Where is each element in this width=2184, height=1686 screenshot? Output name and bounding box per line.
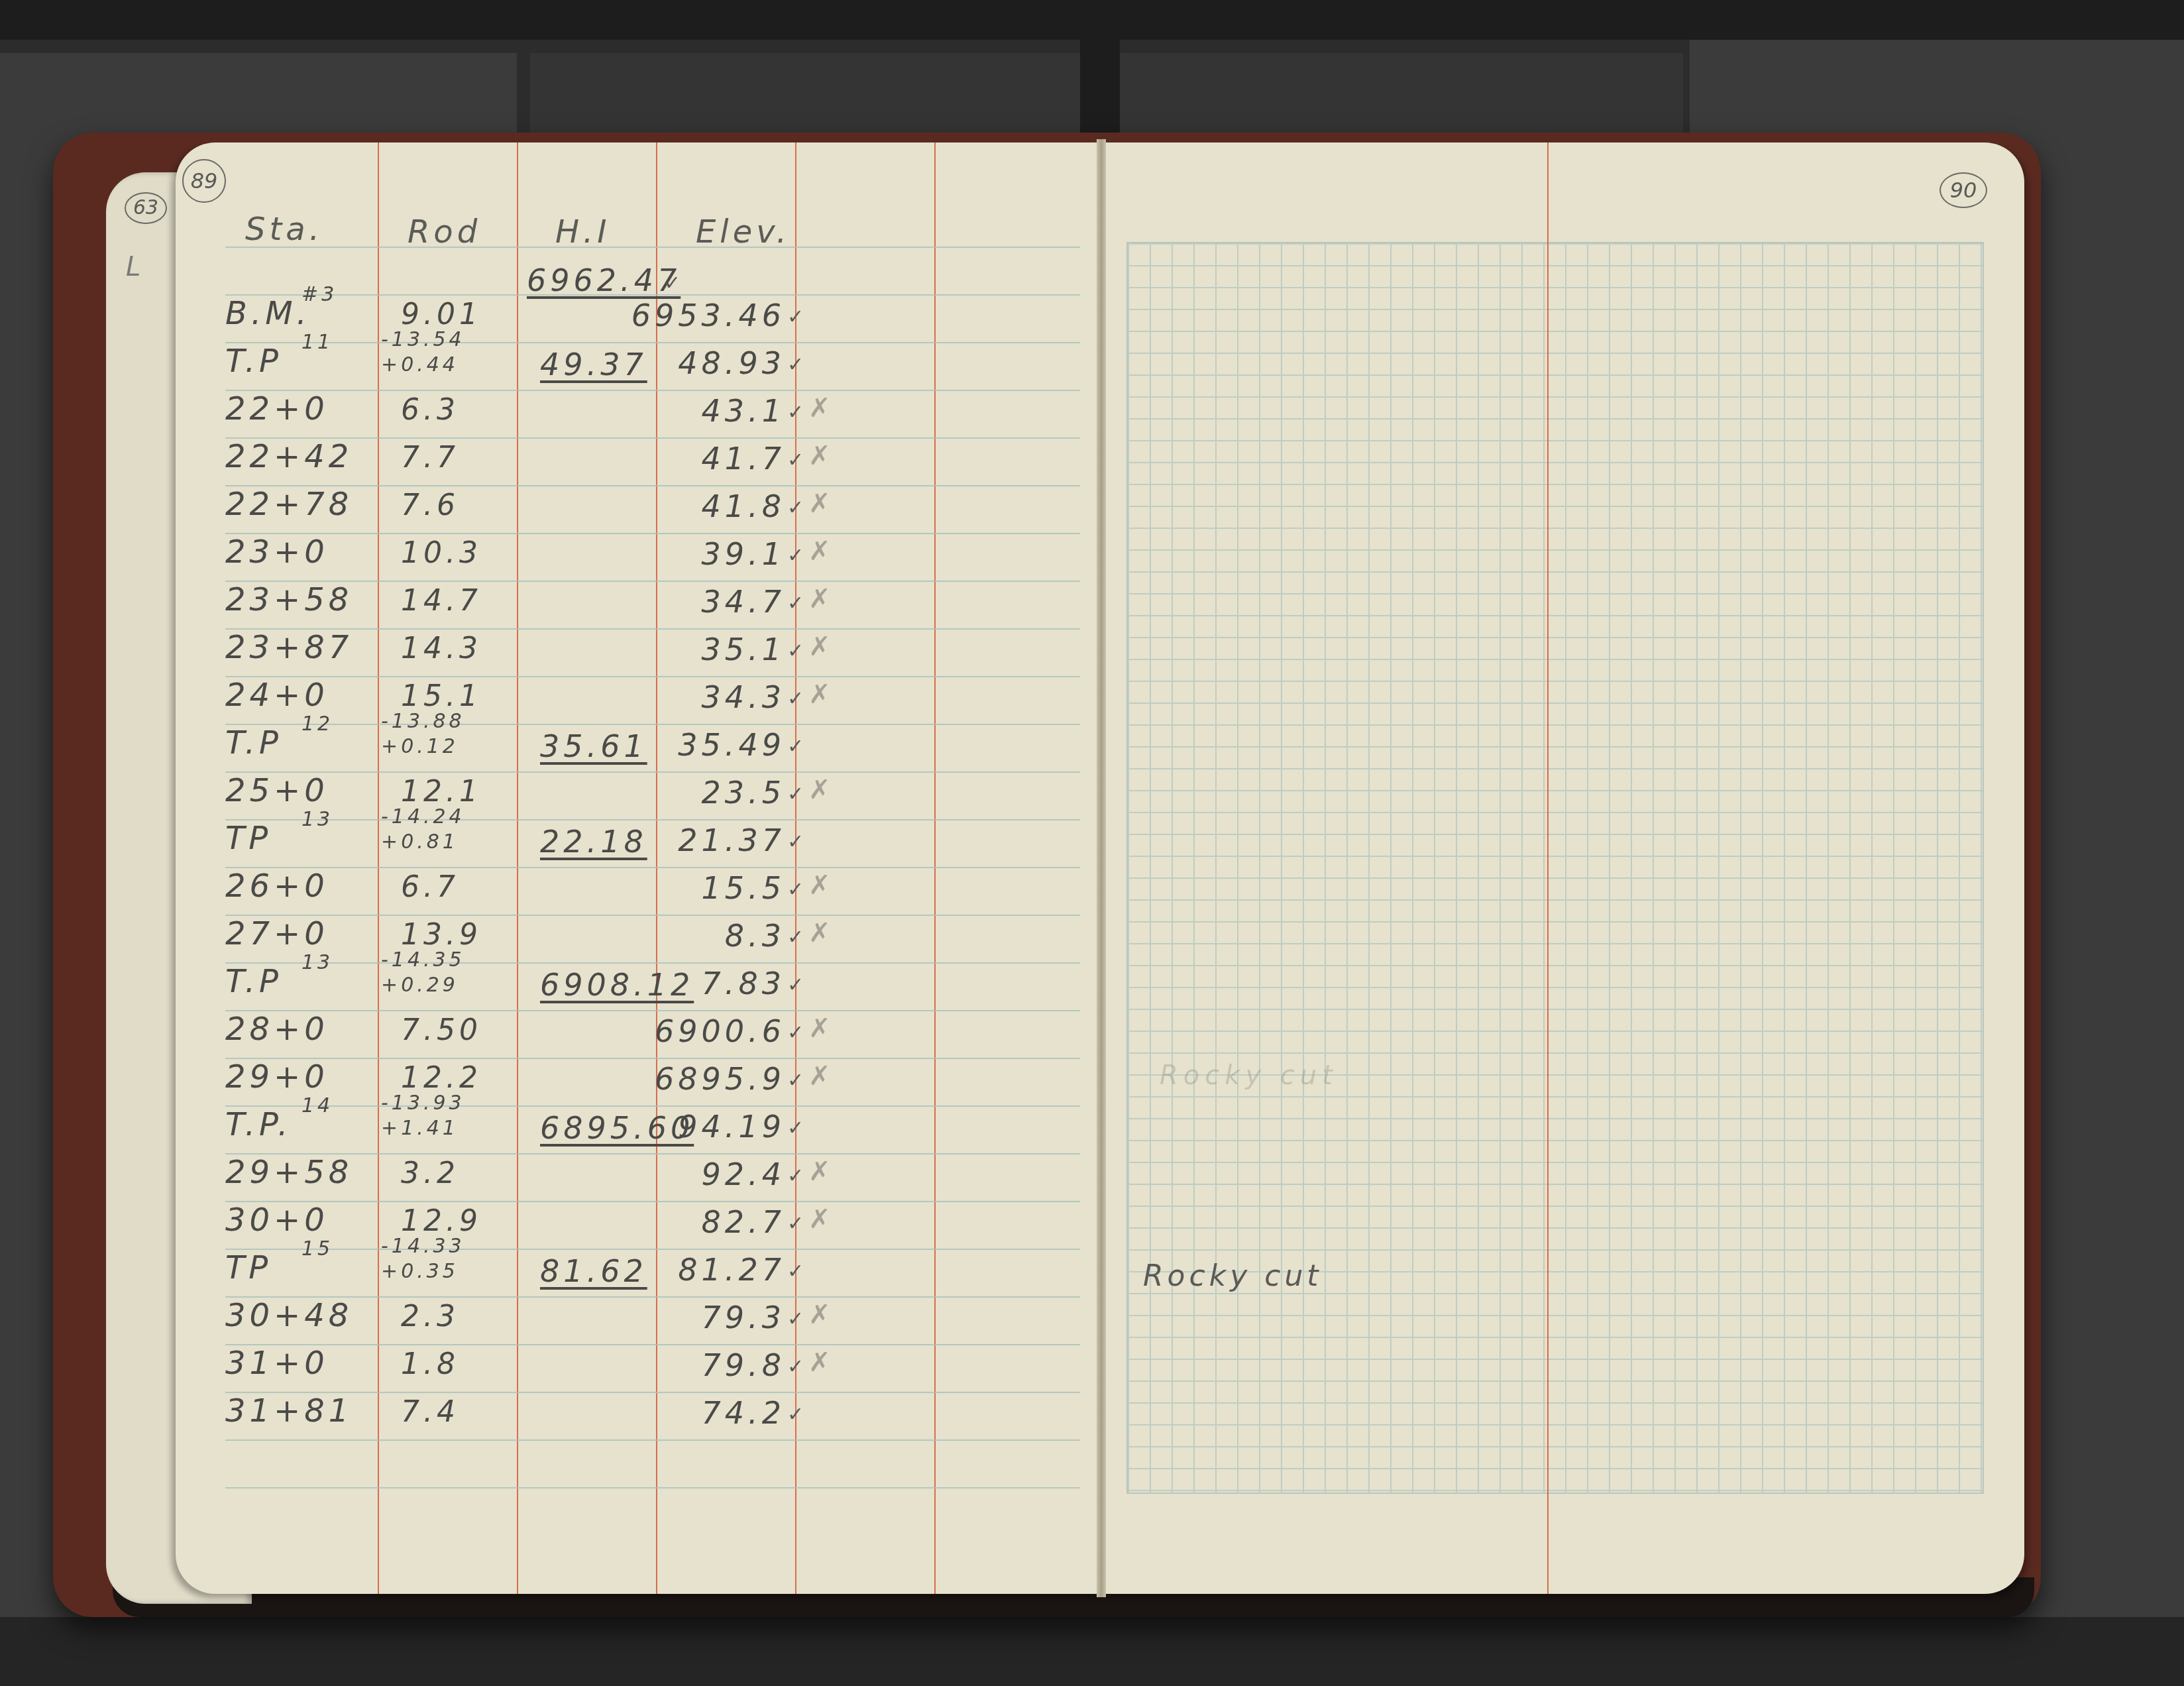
station-cell: 29+58 bbox=[225, 1154, 353, 1191]
check-mark: ✓ bbox=[787, 353, 808, 376]
foresight-reading: -13.88 bbox=[381, 710, 465, 733]
tick-x-mark: ✗ bbox=[808, 679, 835, 710]
rod-reading-cell: 10.3 bbox=[401, 536, 482, 570]
station-cell: 29+0 bbox=[225, 1058, 329, 1096]
height-of-instrument-cell: 49.37 bbox=[540, 347, 647, 382]
elevation-cell: 7.83 bbox=[702, 966, 785, 1001]
foresight-reading: -14.35 bbox=[381, 948, 465, 972]
ruled-line bbox=[225, 1105, 1080, 1107]
column-header-hi: H.I bbox=[555, 213, 611, 251]
ruled-line bbox=[225, 247, 1080, 248]
station-cell: 22+42 bbox=[225, 438, 353, 475]
station-cell: 22+78 bbox=[225, 486, 353, 523]
initial-height-of-instrument: 6962.47 bbox=[527, 262, 681, 298]
check-mark: ✓ bbox=[787, 735, 808, 758]
check-mark: ✓ bbox=[787, 1117, 808, 1140]
ruled-line bbox=[225, 867, 1080, 868]
elevation-cell: 74.2 bbox=[702, 1395, 785, 1431]
station-cell: T.P bbox=[225, 963, 282, 1000]
elevation-cell: 94.19 bbox=[678, 1109, 785, 1145]
elevation-cell: 6953.46 bbox=[631, 298, 785, 333]
ruled-line bbox=[225, 1296, 1080, 1298]
red-rule bbox=[378, 142, 379, 1594]
station-superscript: 15 bbox=[301, 1237, 333, 1261]
elevation-cell: 6895.9 bbox=[655, 1061, 785, 1097]
foresight-reading: -13.93 bbox=[381, 1092, 465, 1115]
elevation-cell: 79.8 bbox=[702, 1347, 785, 1383]
ruled-line bbox=[225, 1439, 1080, 1441]
foresight-reading: -14.33 bbox=[381, 1235, 465, 1258]
station-cell: 23+87 bbox=[225, 629, 353, 666]
page-number-90: 90 bbox=[1939, 172, 1987, 208]
column-header-sta: Sta. bbox=[245, 211, 323, 248]
backsight-reading: +0.44 bbox=[381, 353, 459, 376]
ruled-line bbox=[225, 819, 1080, 820]
backsight-reading: +0.29 bbox=[381, 974, 459, 997]
check-mark: ✓ bbox=[787, 449, 808, 472]
elevation-cell: 23.5 bbox=[702, 775, 785, 811]
station-cell: 22+0 bbox=[225, 390, 329, 427]
station-cell: 26+0 bbox=[225, 868, 329, 905]
elevation-cell: 81.27 bbox=[678, 1252, 785, 1288]
tick-x-mark: ✗ bbox=[808, 536, 835, 567]
station-superscript: 14 bbox=[301, 1094, 333, 1117]
station-superscript: 13 bbox=[301, 808, 333, 831]
station-cell: 31+81 bbox=[225, 1392, 353, 1430]
bleed-through-note: Rocky cut bbox=[1160, 1060, 1338, 1091]
red-rule bbox=[517, 142, 518, 1594]
station-cell: TP bbox=[225, 820, 272, 857]
ruled-line bbox=[225, 342, 1080, 343]
rocky-cut-note: Rocky cut bbox=[1143, 1259, 1323, 1293]
backsight-reading: +0.12 bbox=[381, 735, 459, 758]
rod-reading-cell: 13.9 bbox=[401, 918, 482, 952]
elevation-cell: 43.1 bbox=[702, 393, 785, 429]
station-cell: 23+0 bbox=[225, 534, 329, 571]
center-clip-bar bbox=[1080, 40, 1120, 146]
tick-x-mark: ✗ bbox=[808, 1061, 835, 1092]
check-mark: ✓ bbox=[787, 1260, 808, 1283]
ruled-line bbox=[225, 1344, 1080, 1345]
rod-reading-cell: 12.9 bbox=[401, 1204, 482, 1238]
bottom-shadow bbox=[0, 1617, 2184, 1686]
tick-x-mark: ✗ bbox=[808, 1156, 835, 1187]
station-cell: 28+0 bbox=[225, 1011, 329, 1048]
ruled-line bbox=[225, 1153, 1080, 1154]
book-gutter bbox=[1097, 139, 1106, 1597]
ruled-line bbox=[225, 1058, 1080, 1059]
tick-x-mark: ✗ bbox=[808, 1300, 835, 1330]
check-mark: ✓ bbox=[787, 496, 808, 520]
backsight-reading: +0.35 bbox=[381, 1260, 459, 1283]
check-mark: ✓ bbox=[787, 830, 808, 854]
check-mark: ✓ bbox=[787, 640, 808, 663]
column-header-rod: Rod bbox=[408, 213, 481, 251]
elevation-cell: 41.8 bbox=[702, 488, 785, 524]
tick-x-mark: ✗ bbox=[808, 1204, 835, 1235]
rod-reading-cell: 14.7 bbox=[401, 584, 482, 618]
height-of-instrument-cell: 81.62 bbox=[540, 1253, 647, 1289]
station-cell: T.P bbox=[225, 724, 282, 761]
previous-page-number: 63 bbox=[125, 192, 167, 224]
station-superscript: 11 bbox=[301, 331, 333, 354]
rod-reading-cell: 14.3 bbox=[401, 632, 482, 665]
elevation-cell: 8.3 bbox=[725, 918, 785, 954]
check-mark: ✓ bbox=[787, 544, 808, 567]
station-superscript: 13 bbox=[301, 951, 333, 974]
ruled-line bbox=[225, 1201, 1080, 1202]
graph-grid bbox=[1126, 242, 1984, 1494]
elevation-cell: 35.1 bbox=[702, 632, 785, 667]
tick-x-mark: ✗ bbox=[808, 918, 835, 948]
elevation-cell: 79.3 bbox=[702, 1300, 785, 1335]
tick-x-mark: ✗ bbox=[808, 870, 835, 901]
station-superscript: 12 bbox=[301, 712, 333, 736]
ruled-line bbox=[225, 724, 1080, 725]
backsight-reading: +1.41 bbox=[381, 1117, 459, 1140]
column-header-elev: Elev. bbox=[696, 213, 791, 251]
rod-reading-cell: 12.2 bbox=[401, 1061, 482, 1095]
rod-reading-cell: 3.2 bbox=[401, 1156, 459, 1190]
check-mark: ✓ bbox=[787, 1164, 808, 1188]
elevation-cell: 21.37 bbox=[678, 822, 785, 858]
check-mark: ✓ bbox=[664, 272, 684, 295]
rod-reading-cell: 7.4 bbox=[401, 1395, 459, 1429]
ruled-line bbox=[225, 962, 1080, 964]
ruled-line bbox=[225, 628, 1080, 630]
ruled-line bbox=[225, 533, 1080, 534]
red-rule bbox=[934, 142, 936, 1594]
check-mark: ✓ bbox=[787, 1212, 808, 1235]
elevation-cell: 82.7 bbox=[702, 1204, 785, 1240]
check-mark: ✓ bbox=[787, 783, 808, 806]
station-cell: 23+58 bbox=[225, 581, 353, 618]
rod-reading-cell: 1.8 bbox=[401, 1347, 459, 1381]
page-number-89: 89 bbox=[182, 159, 226, 203]
check-mark: ✓ bbox=[787, 1308, 808, 1331]
rod-reading-cell: 6.7 bbox=[401, 870, 459, 904]
station-cell: 24+0 bbox=[225, 677, 329, 714]
rod-reading-cell: 2.3 bbox=[401, 1300, 459, 1333]
ruled-line bbox=[225, 1392, 1080, 1393]
check-mark: ✓ bbox=[787, 306, 808, 329]
ruled-line bbox=[225, 485, 1080, 486]
red-rule bbox=[656, 142, 657, 1594]
red-rule-right-page bbox=[1547, 142, 1549, 1594]
station-cell: 25+0 bbox=[225, 772, 329, 809]
tick-x-mark: ✗ bbox=[808, 441, 835, 471]
check-mark: ✓ bbox=[787, 592, 808, 615]
foresight-reading: -14.24 bbox=[381, 805, 465, 828]
ruled-line bbox=[225, 676, 1080, 677]
height-of-instrument-cell: 6895.60 bbox=[540, 1110, 694, 1146]
station-cell: 31+0 bbox=[225, 1345, 329, 1382]
elevation-cell: 39.1 bbox=[702, 536, 785, 572]
previous-page-fragment: L bbox=[126, 252, 144, 282]
check-mark: ✓ bbox=[787, 1069, 808, 1092]
tick-x-mark: ✗ bbox=[808, 584, 835, 614]
check-mark: ✓ bbox=[787, 687, 808, 710]
tick-x-mark: ✗ bbox=[808, 393, 835, 423]
elevation-cell: 15.5 bbox=[702, 870, 785, 906]
station-cell: 27+0 bbox=[225, 915, 329, 952]
station-cell: B.M. bbox=[225, 295, 311, 332]
check-mark: ✓ bbox=[787, 401, 808, 424]
height-of-instrument-cell: 22.18 bbox=[540, 824, 647, 860]
check-mark: ✓ bbox=[787, 878, 808, 901]
elevation-cell: 34.7 bbox=[702, 584, 785, 620]
rod-reading-cell: 6.3 bbox=[401, 393, 459, 427]
rod-reading-cell: 7.7 bbox=[401, 441, 459, 475]
backsight-reading: +0.81 bbox=[381, 830, 459, 854]
station-cell: 30+0 bbox=[225, 1202, 329, 1239]
tick-x-mark: ✗ bbox=[808, 1347, 835, 1378]
ruled-line bbox=[225, 1487, 1080, 1489]
ruled-line bbox=[225, 581, 1080, 582]
check-mark: ✓ bbox=[787, 926, 808, 949]
ruled-line bbox=[225, 437, 1080, 439]
ruled-line bbox=[225, 915, 1080, 916]
foresight-reading: -13.54 bbox=[381, 328, 465, 351]
height-of-instrument-cell: 35.61 bbox=[540, 728, 647, 764]
elevation-cell: 41.7 bbox=[702, 441, 785, 477]
ruled-line bbox=[225, 1010, 1080, 1011]
check-mark: ✓ bbox=[787, 1355, 808, 1378]
station-cell: T.P bbox=[225, 343, 282, 380]
background-top-bar bbox=[0, 0, 2184, 40]
rod-reading-cell: 7.50 bbox=[401, 1013, 482, 1047]
tick-x-mark: ✗ bbox=[808, 632, 835, 662]
rod-reading-cell: 7.6 bbox=[401, 488, 459, 522]
check-mark: ✓ bbox=[787, 1021, 808, 1044]
elevation-cell: 6900.6 bbox=[655, 1013, 785, 1049]
check-mark: ✓ bbox=[787, 1403, 808, 1426]
rod-reading-cell: 12.1 bbox=[401, 775, 482, 809]
check-mark: ✓ bbox=[787, 974, 808, 997]
ruled-line bbox=[225, 390, 1080, 391]
tick-x-mark: ✗ bbox=[808, 775, 835, 805]
elevation-cell: 34.3 bbox=[702, 679, 785, 715]
elevation-cell: 48.93 bbox=[678, 345, 785, 381]
tick-x-mark: ✗ bbox=[808, 488, 835, 519]
height-of-instrument-cell: 6908.12 bbox=[540, 967, 694, 1003]
tick-x-mark: ✗ bbox=[808, 1013, 835, 1044]
ruled-line bbox=[225, 771, 1080, 773]
rod-reading-cell: 9.01 bbox=[401, 298, 482, 331]
station-cell: 30+48 bbox=[225, 1297, 353, 1334]
rod-reading-cell: 15.1 bbox=[401, 679, 482, 713]
elevation-cell: 35.49 bbox=[678, 727, 785, 763]
station-cell: TP bbox=[225, 1249, 272, 1286]
station-superscript: #3 bbox=[301, 283, 337, 306]
station-cell: T.P. bbox=[225, 1106, 292, 1143]
elevation-cell: 92.4 bbox=[702, 1156, 785, 1192]
ruled-line bbox=[225, 1249, 1080, 1250]
